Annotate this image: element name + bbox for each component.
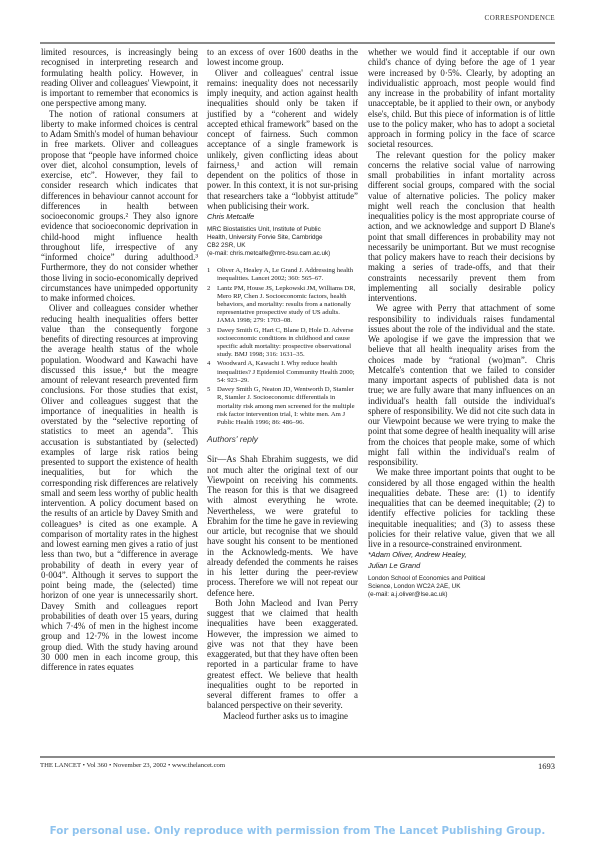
journal-citation: THE LANCET • Vol 360 • November 23, 2002…: [40, 762, 225, 769]
reference-text: Lantz PM, House JS, Lepkowski JM, Willia…: [217, 285, 358, 326]
paragraph: Sir—As Shah Ebrahim suggests, we did not…: [207, 454, 358, 598]
paragraph: We make three important points that ough…: [368, 467, 555, 549]
permission-watermark: For personal use. Only reproduce with pe…: [0, 825, 595, 837]
signature-line: Julian Le Grand: [368, 561, 555, 571]
column-1: limited resources, is increasingly being…: [41, 47, 198, 672]
reply-signature: *Adam Oliver, Andrew Healey, Julian Le G…: [368, 550, 555, 571]
reference-item: 3 Davey Smith G, Hart C, Blane D, Hole D…: [207, 327, 358, 360]
paragraph: Macleod further asks us to imagine: [207, 711, 358, 721]
paragraph: Both John Macleod and Ivan Perry suggest…: [207, 598, 358, 711]
reference-text: Woodward A, Kawachi I. Why reduce health…: [217, 360, 358, 385]
author-address: MRC Biostatistics Unit, Institute of Pub…: [207, 226, 358, 258]
reference-list: 1 Oliver A, Healey A, Le Grand J. Addres…: [207, 267, 358, 427]
paragraph: Oliver and colleagues' central issue rem…: [207, 68, 358, 212]
paragraph: limited resources, is increasingly being…: [41, 47, 198, 109]
address-line: London School of Economics and Political: [368, 575, 555, 583]
reference-number: 3: [207, 327, 217, 360]
running-head-section: CORRESPONDENCE: [485, 14, 556, 22]
reference-item: 2 Lantz PM, House JS, Lepkowski JM, Will…: [207, 285, 358, 326]
letter-signature: Chris Metcalfe: [207, 212, 358, 222]
address-line: Science, London WC2A 2AE, UK: [368, 583, 555, 591]
address-line: CB2 2SR, UK: [207, 242, 358, 250]
reference-number: 4: [207, 360, 217, 385]
signature-line: *Adam Oliver, Andrew Healey,: [368, 550, 555, 560]
column-2: to an excess of over 1600 deaths in the …: [207, 47, 358, 721]
author-email: (e-mail: a.j.oliver@lse.ac.uk): [368, 591, 555, 599]
paragraph: whether we would find it acceptable if o…: [368, 47, 555, 150]
address-line: Health, University Forvie Site, Cambridg…: [207, 234, 358, 242]
paragraph: We agree with Perry that attachment of s…: [368, 303, 555, 467]
authors-address: London School of Economics and Political…: [368, 575, 555, 599]
reference-text: Oliver A, Healey A, Le Grand J. Addressi…: [217, 267, 358, 283]
header-rule: [40, 42, 555, 44]
column-3: whether we would find it acceptable if o…: [368, 47, 555, 599]
paragraph: The notion of rational consumers at libe…: [41, 109, 198, 304]
address-line: MRC Biostatistics Unit, Institute of Pub…: [207, 226, 358, 234]
reference-text: Davey Smith G, Hart C, Blane D, Hole D. …: [217, 327, 358, 360]
paragraph: to an excess of over 1600 deaths in the …: [207, 47, 358, 68]
section-heading-authors-reply: Authors' reply: [207, 434, 358, 444]
reference-item: 5 Davey Smith G, Neaton JD, Wentworth D,…: [207, 386, 358, 427]
reference-number: 1: [207, 267, 217, 283]
paragraph: Oliver and colleagues consider whether r…: [41, 303, 198, 672]
footer-rule: [40, 756, 555, 758]
reference-number: 2: [207, 285, 217, 326]
reference-text: Davey Smith G, Neaton JD, Wentworth D, S…: [217, 386, 358, 427]
author-email: (e-mail: chris.metcalfe@mrc-bsu.cam.ac.u…: [207, 250, 358, 258]
page-number: 1693: [538, 761, 555, 771]
reference-item: 4 Woodward A, Kawachi I. Why reduce heal…: [207, 360, 358, 385]
reference-item: 1 Oliver A, Healey A, Le Grand J. Addres…: [207, 267, 358, 283]
paragraph: The relevant question for the policy mak…: [368, 150, 555, 304]
reference-number: 5: [207, 386, 217, 427]
